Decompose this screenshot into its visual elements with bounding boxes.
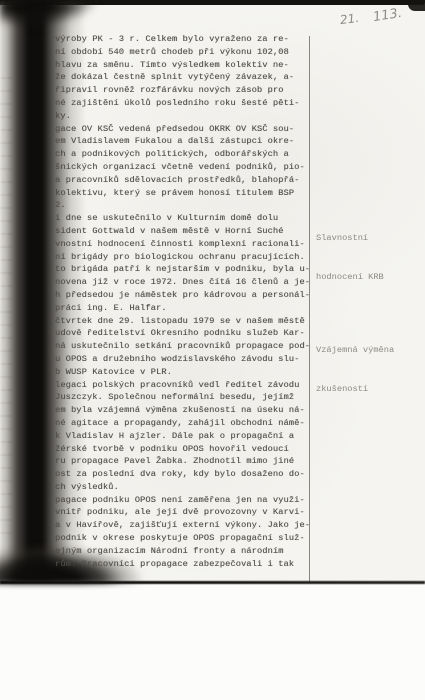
typed-line: ní brigády pro biologickou ochranu pracu… [55, 251, 323, 264]
typed-line: ost za poslední dva roky, kdy bylo dosaž… [55, 468, 323, 481]
typed-line: a v Havířově, zajišťují externí výkony. … [55, 519, 323, 532]
typed-line: výroby PK - 3 r. Celkem bylo vyraženo za… [55, 33, 323, 46]
typed-line: vnitř podniku, ale její dvě provozovny v… [55, 506, 323, 519]
typed-line: u OPOS a družebního wodzislavského závod… [55, 353, 323, 366]
typed-text-body: výroby PK - 3 r. Celkem bylo vyraženo za… [55, 33, 323, 570]
margin-note-vzajemna-vymena: Vzájemná výměna zkušeností [316, 318, 421, 422]
binding-shadow-top [0, 0, 100, 30]
typed-line: gace OV KSČ vedená předsedou OKRK OV KSČ… [55, 123, 323, 136]
typed-line: řipravil rovněž rozfárávku nových zásob … [55, 84, 323, 97]
margin-note-line: hodnocení KRB [316, 271, 421, 284]
typed-line: ná uskutečnilo setkání pracovníků propag… [55, 340, 323, 353]
typed-line: podnik v okrese poskytuje OPOS propagačn… [55, 532, 323, 545]
typed-line: vnostní hodnocení činnosti komplexní rac… [55, 238, 323, 251]
typed-line: ky. [55, 110, 323, 123]
typed-line: a pracovníků sdělovacích prostředků, bla… [55, 174, 323, 187]
typed-line: h předsedou je náměstek pro kádrovou a p… [55, 289, 323, 302]
typed-line: novena již v roce 1972. Dnes čítá 16 čle… [55, 276, 323, 289]
typed-line: čtvrtek dne 29. listopadu 1979 se v naše… [55, 315, 323, 328]
margin-note-slavnostni-hodnoceni: Slavnostní hodnocení KRB [316, 206, 421, 310]
typed-line: ru propagace Pavel Žabka. Zhodnotil mimo… [55, 455, 323, 468]
typed-line: práci ing. E. Halfar. [55, 302, 323, 315]
typed-line: 2. [55, 199, 323, 212]
top-right-scan-corner [408, 0, 425, 11]
typed-line: sident Gottwald v našem městě v Horní Su… [55, 225, 323, 238]
typed-line: udově ředitelství Okresního podniku služ… [55, 327, 323, 340]
scanned-document-page: 21. 113. výroby PK - 3 r. Celkem bylo vy… [0, 0, 425, 700]
typed-line: ch a podnikových politických, odborářský… [55, 148, 323, 161]
typed-line: že dokázal čestně splnit vytýčený závaze… [55, 71, 323, 84]
typed-line: pagace podniku OPOS není zaměřena jen na… [55, 494, 323, 507]
typed-line: ní období 540 metrů chodeb při výkonu 10… [55, 46, 323, 59]
handwritten-page-number-small: 21. [339, 11, 360, 27]
blank-area-below-photo [0, 583, 425, 700]
typed-line: žérské tvorbě v podniku OPOS hovořil ved… [55, 443, 323, 456]
typed-line: ch výsledků. [55, 481, 323, 494]
margin-note-line: Slavnostní [316, 232, 421, 245]
typed-line: kolektivu, který se právem honosí titule… [55, 187, 323, 200]
typed-line: hlavu za směnu. Tímto výsledkem kolektiv… [55, 59, 323, 72]
typed-line: rům. Pracovníci propagace zabezpečovali … [55, 558, 323, 571]
margin-note-line: Vzájemná výměna [316, 344, 421, 357]
typed-line: b WUSP Katovice v PLR. [55, 366, 323, 379]
typed-line: šnických organizací včetně vedení podnik… [55, 161, 323, 174]
typed-line: né agitace a propagandy, zahájil obchodn… [55, 417, 323, 430]
typed-line: em Vladislavem Fukalou a další zástupci … [55, 135, 323, 148]
typed-line: né zajištění úkolů posledního roku šesté… [55, 97, 323, 110]
typed-line: ejným organizacím Národní fronty a národ… [55, 545, 323, 558]
typed-line: Juszczyk. Společnou neformální besedu, j… [55, 391, 323, 404]
typed-line: í dne se uskutečnilo v Kulturním domě do… [55, 212, 323, 225]
typed-line: em byla vzájemná výměna zkušeností na ús… [55, 404, 323, 417]
typed-line: legaci polských pracovníků vedl ředitel … [55, 379, 323, 392]
typed-line: k Vladislav H ajzler. Dále pak o propaga… [55, 430, 323, 443]
typed-line: to brigáda patří k nejstarším v podniku,… [55, 263, 323, 276]
margin-note-line: zkušeností [316, 383, 421, 396]
bottom-scan-edge [0, 581, 425, 584]
